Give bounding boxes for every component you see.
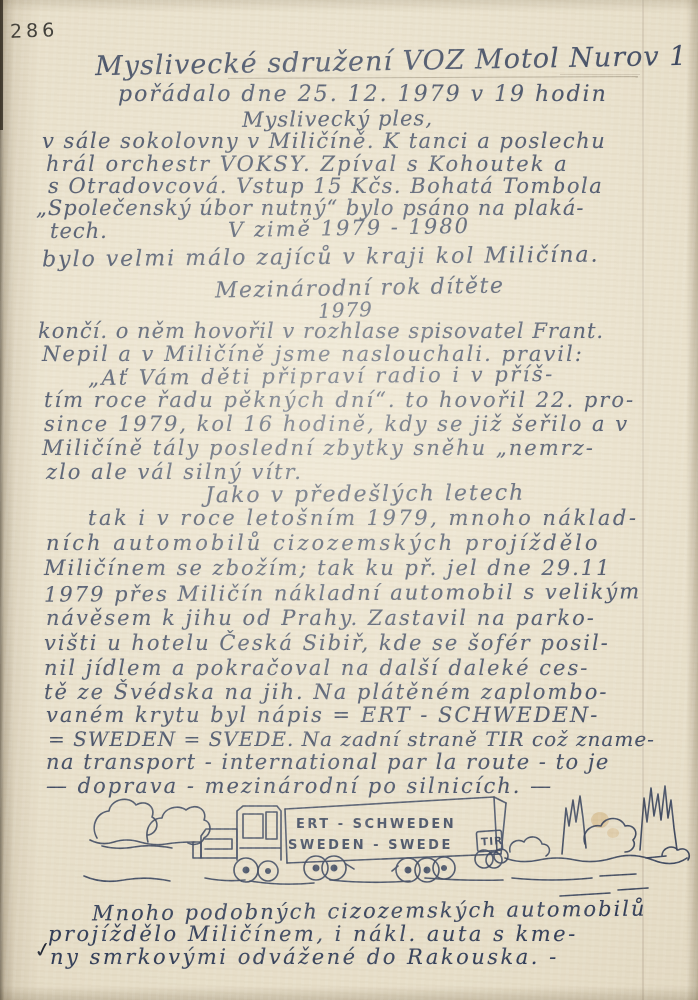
- handwriting-line: návěsem k jihu od Prahy. Zastavil na par…: [46, 606, 596, 630]
- handwriting-line: višti u hotelu Česká Sibiř, kde se šofér…: [44, 631, 610, 655]
- tir-plate-label: TIR: [481, 835, 504, 849]
- handwriting-line: končí. o něm hovořil v rozhlase spisovat…: [38, 319, 604, 343]
- handwriting-line: pořádalo dne 25. 12. 1979 v 19 hodin: [118, 82, 608, 107]
- handwriting-line: ny smrkovými odvážené do Rakouska. -: [50, 945, 559, 969]
- handwriting-line: projíždělo Miličínem, i nákl. auta s kme…: [48, 922, 578, 946]
- page-crease: [642, 0, 644, 1000]
- handwriting-line: 1979 přes Miličín nákladní automobil s v…: [44, 579, 641, 606]
- left-bushes: [90, 799, 210, 848]
- handwriting-line: bylo velmi málo zajíců v kraji kol Milič…: [42, 243, 600, 273]
- ground-line: [84, 856, 666, 896]
- handwriting-line: tě ze Švédska na jih. Na plátěném zaplom…: [44, 680, 609, 704]
- handwriting-line: tím roce řadu pěkných dní“. to hovořil 2…: [44, 388, 635, 412]
- handwriting-line: ních automobilů cizozemských projíždělo: [46, 531, 601, 555]
- section-heading: Jako v předešlých letech: [205, 481, 526, 509]
- section-heading: Myslivecký ples,: [242, 106, 433, 132]
- chronicle-page: 286 Myslivecké sdružení VOZ Motol Nurov …: [0, 0, 698, 1000]
- handwriting-line: zlo ale vál silný vítr.: [46, 460, 303, 484]
- page-number: 286: [10, 19, 59, 43]
- handwriting-line: s Otradovcová. Vstup 15 Kčs. Bohatá Tomb…: [48, 174, 603, 198]
- handwriting-line: na transport - international par la rout…: [46, 750, 610, 774]
- handwriting-line: vaném krytu byl nápis = ERT - SCHWEDEN-: [46, 703, 599, 727]
- handwriting-line: since 1979, kol 16 hodině, kdy se již še…: [44, 412, 629, 436]
- page-edge-shadow: [0, 0, 3, 130]
- handwriting-line: nil jídlem a pokračoval na další daleké …: [44, 656, 589, 680]
- handwriting-line: v sále sokolovny v Miličíně. K tanci a p…: [42, 129, 606, 153]
- handwriting-line: „Ať Vám děti připraví radio i v příš-: [88, 362, 555, 390]
- truck-cab: [193, 806, 281, 882]
- title-underline-faint: [560, 74, 640, 75]
- handwriting-line: = SWEDEN = SVEDE. Na zadní straně TIR co…: [48, 727, 655, 751]
- handwriting-line: hrál orchestr VOKSY. Zpíval s Kohoutek a: [46, 152, 569, 176]
- right-trees: [505, 786, 689, 864]
- handwriting-line: tech.: [50, 219, 108, 243]
- handwriting-line: Miličíně tály poslední zbytky sněhu „nem…: [42, 436, 595, 460]
- trailer-text-line1: ERT - SCHWEDEN: [296, 817, 456, 832]
- trailer-text-line2: SWEDEN - SWEDE: [288, 838, 453, 853]
- handwriting-line: Miličínem se zbožím; tak ku př. jel dne …: [44, 556, 611, 580]
- section-heading: V zimě 1979 - 1980: [228, 214, 470, 242]
- truck-drawing: ERT - SCHWEDEN SWEDEN - SWEDE TIR: [0, 778, 698, 908]
- handwriting-line: tak i v roce letošním 1979, mnoho náklad…: [88, 506, 638, 530]
